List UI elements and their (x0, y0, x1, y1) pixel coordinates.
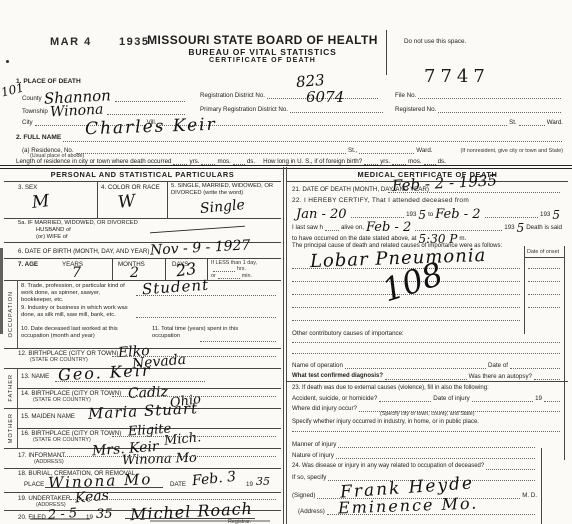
bottom-right-divider (541, 448, 542, 524)
date-of-label: Date of (488, 362, 508, 369)
husband-of-label: HUSBAND of (36, 227, 71, 234)
injury-year-prefix: 19 (535, 395, 542, 402)
years-value-handwriting: 7 (72, 266, 81, 280)
accident-field: Accident, suicide, or homicide? Date of … (292, 395, 562, 402)
city-label: City (22, 119, 33, 126)
attended-dates-field: Jan - 20 193 5 to Feb - 2 193 5 (294, 208, 562, 218)
dotted-line (485, 215, 539, 218)
dotted-line (528, 281, 560, 282)
dotted-line (112, 396, 276, 397)
father-birthplace-sub-label: (STATE OR COUNTRY) (33, 397, 91, 403)
dotted-line (472, 399, 533, 402)
rule (524, 257, 564, 258)
onset-column-divider (524, 246, 525, 334)
date-of-birth-value-handwriting: Nov - 9 - 1927 (150, 238, 251, 257)
scan-artifact (0, 248, 3, 334)
registered-no-field: Registered No. (395, 106, 563, 113)
dotted-line (112, 356, 276, 357)
birthplace-sub-label: (STATE OR COUNTRY) (30, 357, 88, 363)
informant-address-handwriting: Winona Mo (122, 452, 197, 468)
dotted-line (359, 151, 414, 154)
dotted-line (418, 96, 561, 99)
wife-of-label: (or) WIFE of (36, 234, 68, 241)
dotted-line (200, 341, 276, 342)
accident-label: Accident, suicide, or homicide? (292, 395, 377, 402)
where-note: (Specify city or town, county, and State… (380, 411, 475, 417)
color-race-label: 4. COLOR OR RACE (101, 184, 160, 191)
burial-year-handwriting: 35 (256, 476, 270, 487)
dotted-line (544, 399, 560, 402)
residence-st-label: St., (348, 147, 357, 154)
primary-registration-field: Primary Registration District No. (200, 106, 385, 113)
dotted-line (345, 366, 486, 369)
attended-to-handwriting: Feb - 2 (435, 208, 480, 221)
scan-artifact (6, 60, 9, 63)
burial-year-prefix: 19 (246, 481, 253, 488)
alive-on-label: alive on, (341, 224, 364, 231)
registered-no-label: Registered No. (395, 106, 436, 113)
maiden-name-label: 15. MAIDEN NAME (21, 413, 75, 420)
address-label: (Address) (298, 508, 325, 515)
dotted-line (438, 110, 561, 113)
dotted-line (379, 399, 431, 402)
age-label: 7. AGE (18, 261, 38, 268)
dotted-line (292, 307, 520, 308)
county-field: County Shannon (22, 90, 187, 102)
cell-divider (165, 258, 166, 280)
min-field: or min. (211, 273, 273, 279)
dotted-line (76, 151, 346, 154)
nature-of-injury-field: Nature of injury (292, 452, 537, 459)
rule (287, 381, 568, 382)
cell-divider (97, 182, 98, 218)
sex-value-handwriting: M (31, 193, 50, 212)
if-so-specify-label: If so, specify (292, 474, 326, 481)
header-divider-line (386, 30, 387, 75)
file-no-label: File No. (395, 92, 416, 99)
mother-birthplace-state-handwriting: Mich. (163, 431, 201, 448)
trade-label: 8. Trade, profession, or particular kind… (21, 283, 133, 305)
manner-of-injury-field: Manner of injury (292, 441, 537, 448)
attended-from-handwriting: Jan - 20 (296, 208, 347, 221)
residence-field: (a) Residence, No. St., Ward. (If nonres… (22, 147, 563, 154)
dotted-line (213, 269, 235, 272)
dotted-line (290, 110, 383, 113)
marital-status-label: 5. SINGLE, MARRIED, WIDOWED, OR DIVORCED… (171, 183, 277, 197)
year-printed: 193 (406, 211, 416, 218)
residence-ward-label: Ward. (416, 147, 432, 154)
industry-label: 9. Industry or business in which work wa… (21, 305, 133, 319)
father-section: FATHER (4, 368, 18, 408)
onset-column-right-border (564, 246, 565, 460)
maiden-name-handwriting: Maria Stuart (88, 401, 199, 422)
marital-value-handwriting: Single (199, 198, 245, 216)
filed-year-prefix: 19 (86, 514, 93, 521)
dotted-line (60, 456, 276, 457)
bureau-subtitle: BUREAU OF VITAL STATISTICS (135, 47, 390, 57)
county-label: County (22, 95, 42, 102)
hrs-field: hrs. (211, 266, 273, 272)
dotted-line (292, 342, 560, 343)
last-worked-label: 10. Date deceased last worked at this oc… (21, 326, 143, 340)
if-married-label: 5a. IF MARRIED, WIDOWED, OR DIVORCED (18, 220, 138, 227)
dotted-line (486, 467, 535, 470)
nature-of-injury-label: Nature of injury (292, 452, 334, 459)
external-causes-label: 23. If death was due to external causes … (292, 385, 489, 392)
occupation-vertical-label: OCCUPATION (8, 291, 14, 337)
min-label: min. (242, 273, 252, 279)
cell-divider (167, 182, 168, 218)
informant-sub-label: (ADDRESS) (34, 459, 64, 465)
or-label: or (211, 273, 216, 279)
dotted-line (351, 215, 405, 218)
township-label: Township (22, 108, 48, 115)
dotted-line (112, 436, 276, 437)
manner-of-injury-label: Manner of injury (292, 441, 336, 448)
dotted-line (136, 317, 276, 318)
dotted-line (338, 445, 535, 448)
md-label: M. D. (522, 492, 537, 499)
related-occupation-field: 24. Was disease or injury in any way rel… (292, 463, 537, 470)
township-value-handwriting: Winona (49, 103, 103, 120)
dotted-line (136, 295, 276, 296)
m-label: m. (459, 235, 466, 242)
column-divider (283, 167, 287, 524)
primary-registration-value-handwriting: 6074 (306, 90, 344, 105)
date-of-death-handwriting: Feb - 2 - 1935 (392, 173, 498, 193)
nonresident-note: (If nonresident, give city or town and S… (461, 148, 563, 154)
to-year-handwriting: 5 (552, 209, 560, 221)
occurred-field: to have occurred on the date stated abov… (292, 233, 562, 242)
dotted-line (63, 139, 562, 142)
from-year-handwriting: 5 (418, 209, 426, 221)
last-saw-label: I last saw h (292, 224, 323, 231)
dotted-line (55, 381, 205, 382)
mother-section: MOTHER (4, 408, 18, 448)
dotted-line (107, 112, 185, 115)
test-label: What test confirmed diagnosis? (292, 373, 383, 380)
operation-label: Name of operation (292, 362, 343, 369)
year-printed: 193 (504, 224, 514, 231)
filed-year-handwriting: 35 (96, 508, 113, 521)
dotted-line (325, 228, 339, 231)
burial-place-label: PLACE (24, 481, 44, 488)
year-printed: 193 (540, 211, 550, 218)
date-of-injury-label: Date of injury (433, 395, 469, 402)
township-field: Township Winona (22, 104, 187, 115)
hrs-label: hrs. (237, 266, 246, 272)
dotted-line (336, 456, 535, 459)
specify-label: Specify whether injury occurred in indus… (292, 419, 479, 426)
burial-date-handwriting: Feb. 3 (191, 470, 236, 489)
death-certificate-document: MAR 4 1935 MISSOURI STATE BOARD OF HEALT… (0, 0, 572, 524)
rule (4, 468, 281, 469)
personal-particulars-title: PERSONAL AND STATISTICAL PARTICULARS (4, 170, 281, 179)
full-name-value-handwriting: Charles Keir (85, 117, 217, 139)
dotted-line (528, 294, 560, 295)
where-injury-label: Where did injury occur? (292, 405, 357, 412)
dotted-line (115, 99, 185, 102)
father-birthplace-city-handwriting: Cadiz (128, 385, 169, 401)
rule (4, 181, 281, 182)
spouse-dash-handwriting (150, 226, 245, 234)
filed-label: 20. FILED (18, 514, 46, 521)
certificate-number: 7747 (424, 66, 490, 87)
death-said-label: Death is said (526, 224, 562, 231)
date-of-birth-label: 6. DATE OF BIRTH (MONTH, DAY, AND YEAR) (18, 248, 149, 255)
certify-label: 22. I HEREBY CERTIFY, That I attended de… (292, 197, 469, 204)
rule (4, 258, 281, 259)
contributory-label: Other contributory causes of importance: (292, 330, 404, 337)
rule (4, 492, 281, 493)
months-value-handwriting: 2 (130, 266, 139, 280)
do-not-use-note: Do not use this space. (404, 38, 466, 45)
father-name-label: 13. NAME (21, 373, 49, 380)
undertaker-handwriting: Keas (74, 489, 109, 506)
dotted-line (534, 377, 560, 380)
cell-divider (112, 258, 113, 280)
autopsy-label: Was there an autopsy? (469, 373, 532, 380)
dotted-line (528, 268, 560, 269)
last-saw-field: I last saw h alive on, Feb - 2 193 5 Dea… (292, 221, 562, 231)
registrar-label: Registrar. (228, 519, 251, 524)
board-title: MISSOURI STATE BOARD OF HEALTH (135, 33, 390, 47)
dotted-line (510, 366, 560, 369)
registration-district-field: Registration District No. (200, 92, 380, 99)
dotted-line (292, 431, 560, 432)
ward-label: Ward. (547, 119, 563, 126)
registration-district-label: Registration District No. (200, 92, 265, 99)
place-of-death-label: 1. PLACE OF DEATH (16, 78, 81, 86)
test-autopsy-field: What test confirmed diagnosis? Was there… (292, 373, 562, 380)
dotted-line (528, 307, 560, 308)
burial-date-label: DATE (170, 481, 186, 488)
dotted-line (292, 353, 560, 354)
to-label: to (428, 211, 433, 218)
father-vertical-label: FATHER (8, 374, 14, 402)
dotted-line (218, 276, 240, 279)
dotted-line (415, 228, 502, 231)
occurred-label: to have occurred on the date stated abov… (292, 235, 417, 242)
filed-date-handwriting: 2 - 5 (48, 507, 78, 522)
primary-registration-label: Primary Registration District No. (200, 106, 288, 113)
total-time-label: 11. Total time (years) spent in this occ… (152, 326, 252, 340)
rule (4, 218, 281, 219)
dotted-line (292, 320, 520, 321)
file-no-field: File No. (395, 92, 563, 99)
operation-field: Name of operation Date of (292, 362, 562, 369)
race-value-handwriting: W (117, 193, 136, 212)
dotted-line (388, 192, 560, 193)
certificate-title: CERTIFICATE OF DEATH (135, 57, 390, 64)
st-label: St. (509, 119, 517, 126)
full-name-label: 2. FULL NAME (16, 134, 61, 142)
mother-vertical-label: MOTHER (8, 413, 14, 443)
related-occupation-label: 24. Was disease or injury in any way rel… (292, 463, 484, 470)
occupation-section: OCCUPATION (4, 280, 18, 348)
signed-label: (Signed) (292, 492, 315, 499)
dotted-line (519, 123, 545, 126)
mother-birthplace-sub-label: (STATE OR COUNTRY) (33, 437, 91, 443)
dotted-line (385, 377, 467, 380)
date-of-onset-label: Date of onset (527, 249, 559, 255)
sex-label: 3. SEX (18, 184, 37, 191)
